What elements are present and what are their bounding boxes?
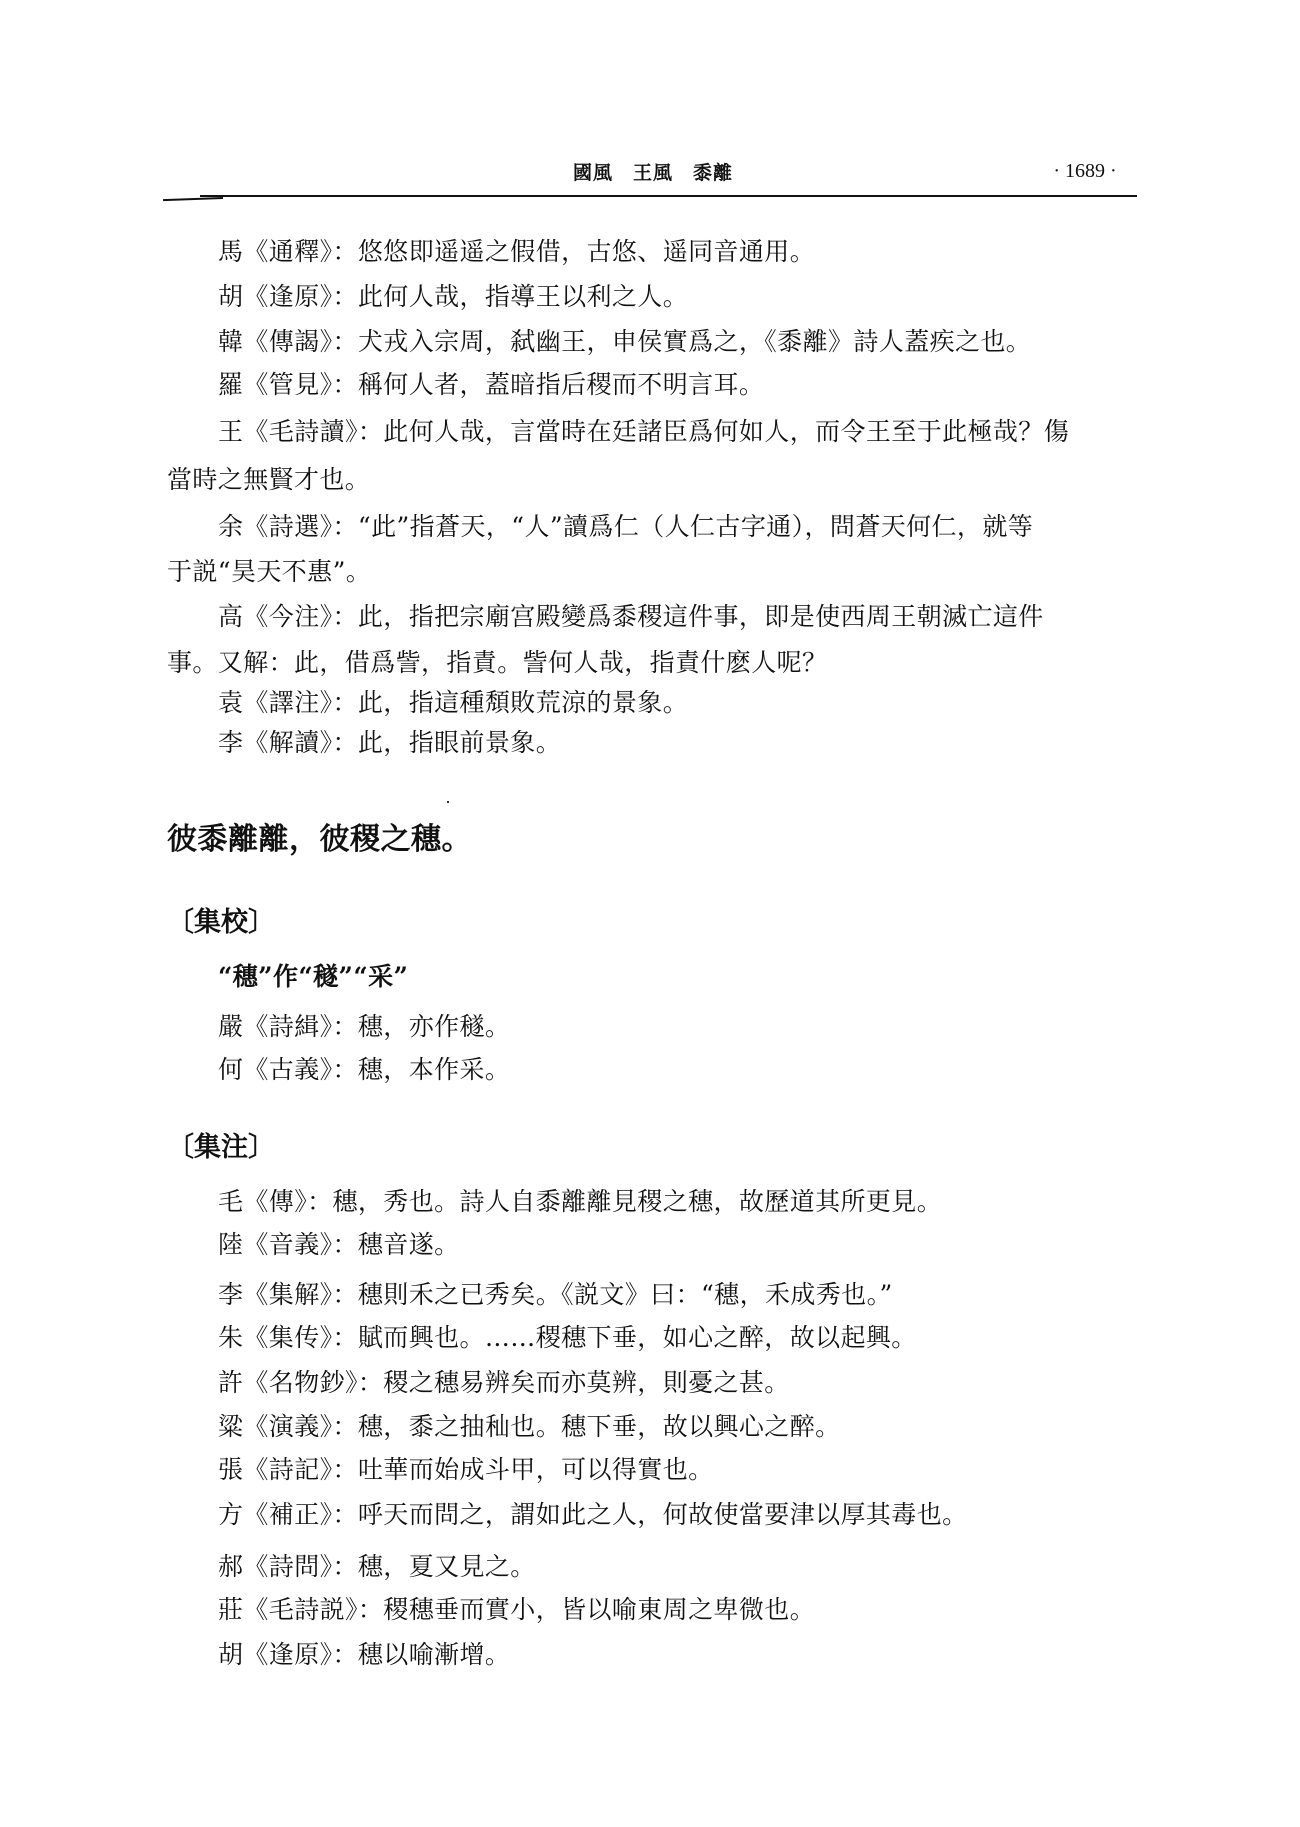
annotation-item: 毛《傳》：穗，秀也。詩人自黍離離見稷之穗，故歷道其所更見。 <box>218 1187 942 1217</box>
note-line-continuation: 事。又解：此，借爲訾，指責。訾何人哉，指責什麽人呢？ <box>167 648 827 678</box>
section-heading-collation: 〔集校〕 <box>167 906 275 940</box>
annotation-item: 方《補正》：呼天而問之，謂如此之人，何故使當要津以厚其毒也。 <box>218 1500 968 1530</box>
running-header-title: 國風 王風 黍離 <box>560 158 746 185</box>
page-number: · 1689 · <box>1040 160 1130 183</box>
note-line: 王《毛詩讀》：此何人哉，言當時在廷諸臣爲何如人，而令王至于此極哉？傷 <box>218 417 1069 447</box>
note-line-continuation: 于説“昊天不惠”。 <box>167 557 371 587</box>
annotation-item: 粱《演義》：穗，黍之抽秈也。穗下垂，故以興心之醉。 <box>218 1412 841 1442</box>
annotation-item: 胡《逢原》：穗以喻漸增。 <box>218 1640 510 1670</box>
section-heading-annotations: 〔集注〕 <box>167 1131 275 1165</box>
note-line: 袁《譯注》：此，指這種頽敗荒涼的景象。 <box>218 688 688 718</box>
note-line: 韓《傳謁》：犬戎入宗周，弑幽王，申侯實爲之，《黍離》詩人蓋疾之也。 <box>218 327 1031 357</box>
annotation-item: 郝《詩問》：穗，夏又見之。 <box>218 1552 536 1582</box>
collation-item: 嚴《詩緝》：穗，亦作穟。 <box>218 1012 510 1042</box>
verse-heading: 彼黍離離，彼稷之穗。 <box>167 822 472 858</box>
note-line: 高《今注》：此，指把宗廟宫殿變爲黍稷這件事，即是使西周王朝滅亡這件 <box>218 602 1044 632</box>
header-rule <box>200 195 1137 197</box>
annotation-item: 許《名物鈔》：稷之穗易辨矣而亦莫辨，則憂之甚。 <box>218 1368 790 1398</box>
annotation-item: 李《集解》：穗則禾之已秀矣。《説文》曰：“穗，禾成秀也。” <box>218 1280 893 1310</box>
note-line: 李《解讀》：此，指眼前景象。 <box>218 728 561 758</box>
note-line: 胡《逢原》：此何人哉，指導王以利之人。 <box>218 282 688 312</box>
book-page: 國風 王風 黍離 · 1689 · 馬《通釋》：悠悠即遥遥之假借，古悠、遥同音通… <box>0 0 1300 1827</box>
annotation-item: 朱《集传》：賦而興也。……稷穗下垂，如心之醉，故以起興。 <box>218 1323 917 1353</box>
note-line: 羅《管見》：稱何人者，蓋暗指后稷而不明言耳。 <box>218 370 764 400</box>
variant-heading: “穗”作“穟”“采” <box>218 962 408 992</box>
collation-item: 何《古義》：穗，本作采。 <box>218 1055 510 1085</box>
annotation-item: 陸《音義》：穗音遂。 <box>218 1230 460 1260</box>
annotation-item: 張《詩記》：吐華而始成斗甲，可以得實也。 <box>218 1455 714 1485</box>
header-rule-taper <box>163 197 223 201</box>
print-speck <box>447 801 449 803</box>
note-line: 馬《通釋》：悠悠即遥遥之假借，古悠、遥同音通用。 <box>218 237 815 267</box>
note-line: 余《詩選》：“此”指蒼天，“人”讀爲仁（人仁古字通），問蒼天何仁，就等 <box>218 512 1033 542</box>
note-line-continuation: 當時之無賢才也。 <box>167 465 370 495</box>
annotation-item: 莊《毛詩説》：稷穗垂而實小，皆以喻東周之卑微也。 <box>218 1595 815 1625</box>
